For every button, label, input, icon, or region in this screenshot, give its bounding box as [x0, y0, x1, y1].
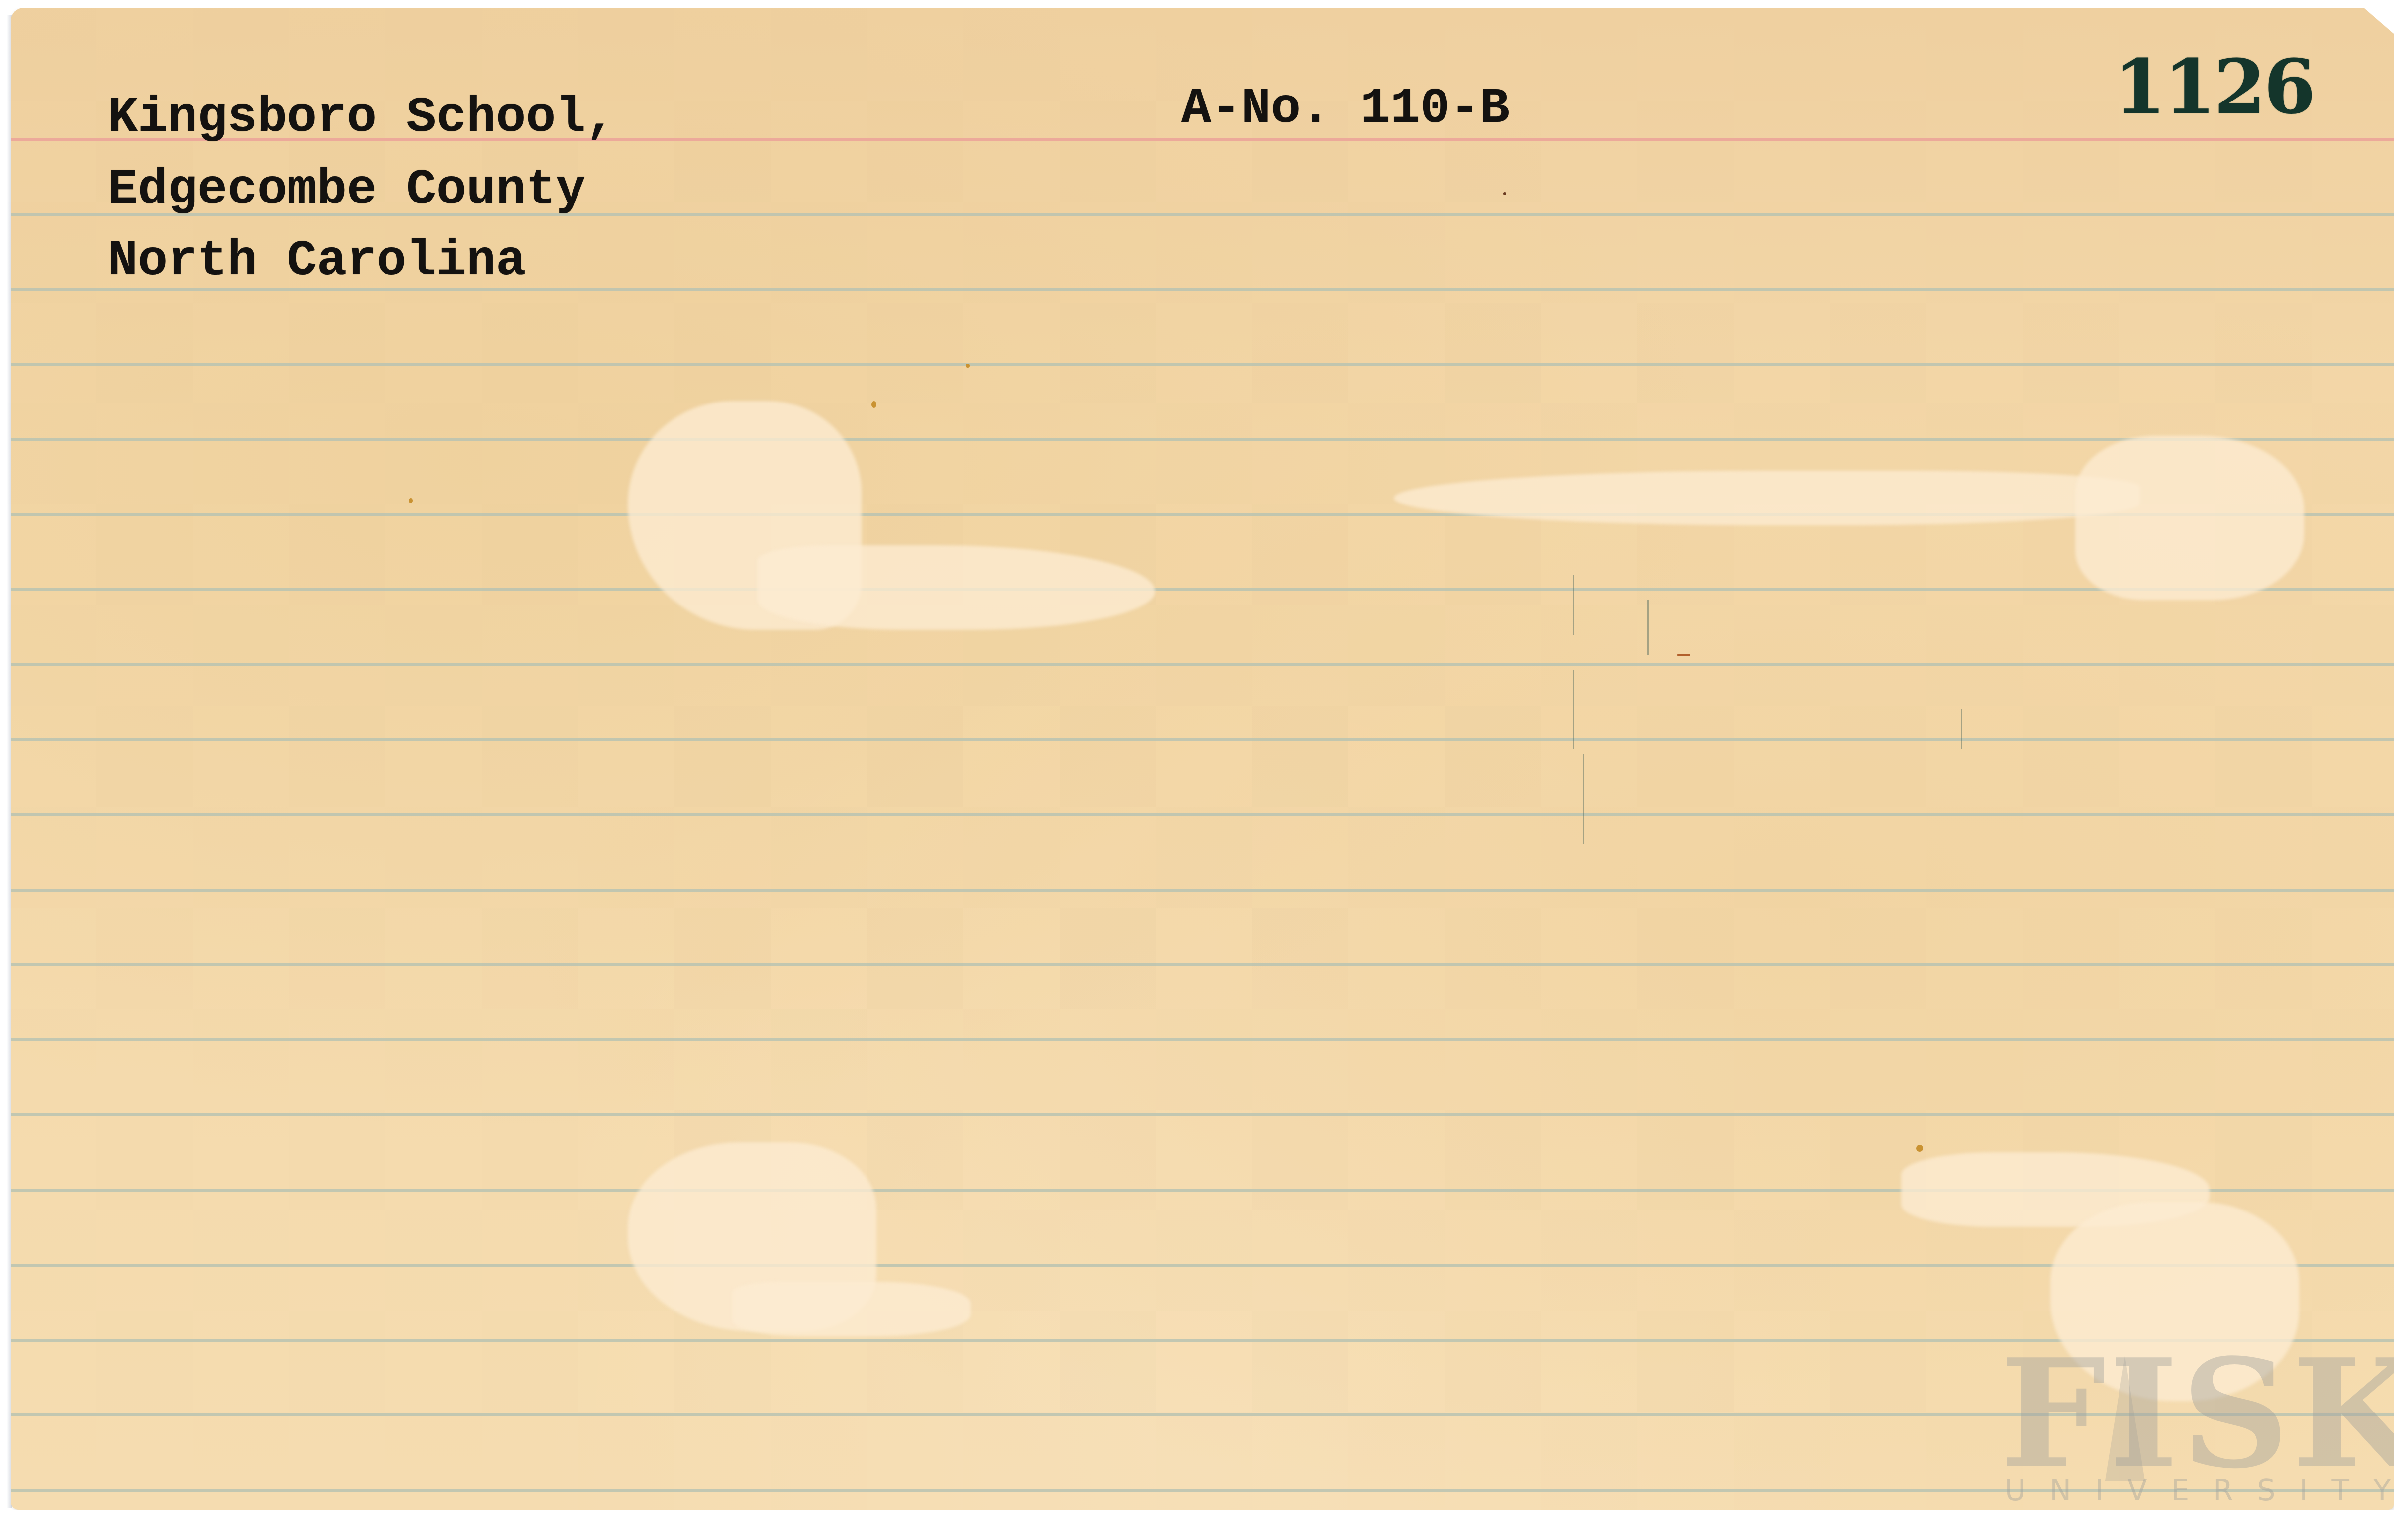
watermark-fisk: FISK: [2000, 1339, 2408, 1489]
paper-fleck: [1916, 1145, 1923, 1152]
pencil-mark: [1647, 600, 1649, 655]
stamp-number: 1126: [2114, 50, 2313, 124]
pencil-mark: [1583, 754, 1584, 844]
paper-fleck: [966, 364, 970, 368]
ruled-line: [11, 663, 2394, 666]
paper-fleck: [1503, 192, 1506, 195]
paper-fleck: [409, 498, 413, 503]
state-name: North Carolina: [108, 237, 526, 287]
ruled-line: [11, 889, 2394, 892]
adhesive-stain-lower-left-tail: [732, 1282, 971, 1336]
adhesive-stain-upper-left-tail: [757, 545, 1155, 630]
ruled-line: [11, 1038, 2394, 1041]
ruled-line: [11, 813, 2394, 816]
county-name: Edgecombe County: [108, 166, 585, 215]
ruled-line: [11, 1113, 2394, 1116]
paper-fleck: [871, 401, 876, 408]
pencil-mark: [1573, 575, 1574, 635]
pencil-mark: [1573, 670, 1574, 749]
watermark-university: UNIVERSITY: [2005, 1476, 2408, 1505]
ruled-line: [11, 738, 2394, 741]
accession-number: A-No. 110-B: [1181, 85, 1510, 134]
ruled-line: [11, 363, 2394, 366]
ruled-line: [11, 1264, 2394, 1267]
pencil-mark: [1961, 709, 1962, 749]
adhesive-stain-upper-right-band: [1394, 471, 2140, 525]
adhesive-stain-upper-right: [2075, 436, 2304, 600]
school-name: Kingsboro School,: [108, 94, 615, 143]
ruled-line: [11, 438, 2394, 441]
index-card: Kingsboro School, Edgecombe County North…: [11, 8, 2394, 1510]
paper-fleck: [1677, 654, 1690, 656]
ruled-line: [11, 588, 2394, 591]
ruled-line: [11, 963, 2394, 966]
